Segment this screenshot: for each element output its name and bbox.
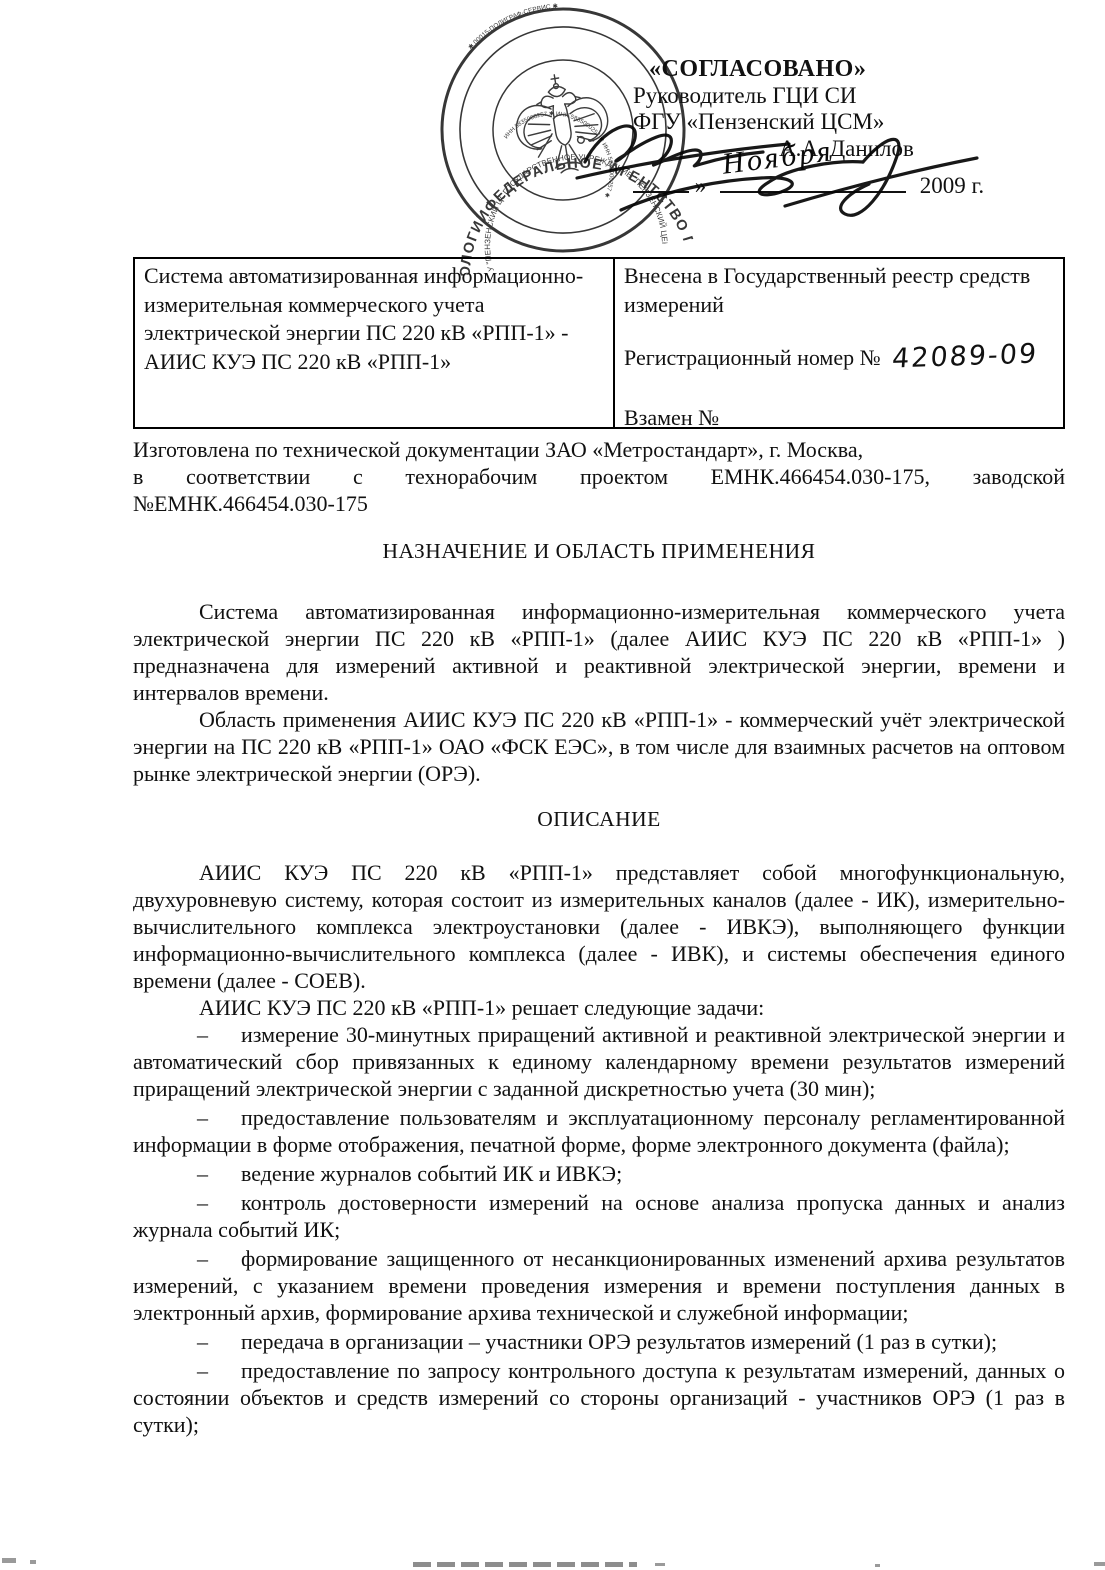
section-heading-purpose: НАЗНАЧЕНИЕ И ОБЛАСТЬ ПРИМЕНЕНИЯ <box>133 538 1065 565</box>
task-text: контроль достоверности измерений на осно… <box>133 1190 1065 1242</box>
replaces-line: Взамен № <box>624 404 1054 433</box>
bullet-dash: – <box>197 1357 241 1384</box>
date-day-blank <box>633 171 689 193</box>
bullet-dash: – <box>197 1189 241 1216</box>
scan-artifact <box>655 1563 665 1566</box>
scan-artifact <box>1094 1562 1105 1566</box>
scan-artifact <box>413 1562 637 1567</box>
registration-number-value: 42089-09 <box>891 340 1039 374</box>
section-heading-description: ОПИСАНИЕ <box>133 806 1065 833</box>
stamp-micro-ring-text: ✱ 00015-ПОЛИГРАФ-СЕРВИС ✱ <box>462 1 564 52</box>
scanned-document-page: ФЕДЕРАЛЬНОЕ АГЕНТСТВО ПО ТЕХНИЧЕСКОМУ РЕ… <box>0 0 1105 1570</box>
task-item: –формирование защищенного от несанкциони… <box>133 1245 1065 1326</box>
bullet-dash: – <box>197 1328 241 1355</box>
registry-cell: Внесена в Государственный реестр средств… <box>615 259 1063 427</box>
task-item: –измерение 30-минутных приращений активн… <box>133 1021 1065 1102</box>
approval-date-line: » Ноября 2009 г. <box>633 171 1063 200</box>
scan-artifact <box>30 1560 36 1564</box>
bullet-dash: – <box>197 1160 241 1187</box>
date-year: 2009 г. <box>920 173 984 198</box>
approval-title: «СОГЛАСОВАНО» <box>633 56 1063 83</box>
purpose-paragraph-1: Система автоматизированная информационно… <box>133 598 1065 706</box>
scan-artifact <box>875 1564 880 1567</box>
bullet-dash: – <box>197 1245 241 1272</box>
approval-block: «СОГЛАСОВАНО» Руководитель ГЦИ СИ ФГУ «П… <box>633 56 1063 200</box>
document-body: Изготовлена по технической документации … <box>133 436 1065 1440</box>
task-item: –предоставление по запросу контрольного … <box>133 1357 1065 1438</box>
description-paragraph-2: АИИС КУЭ ПС 220 кВ «РПП-1» решает следую… <box>133 994 1065 1021</box>
system-name-cell: Система автоматизированная информационно… <box>135 259 615 427</box>
registry-table: Система автоматизированная информационно… <box>133 257 1065 429</box>
registration-number-line: Регистрационный номер № 42089-09 <box>624 343 1054 373</box>
registration-number-label: Регистрационный номер № <box>624 345 881 370</box>
entered-line: Внесена в Государственный реестр средств… <box>624 262 1054 319</box>
purpose-paragraph-2: Область применения АИИС КУЭ ПС 220 кВ «Р… <box>133 706 1065 787</box>
bullet-dash: – <box>197 1104 241 1131</box>
task-text: передача в организации – участники ОРЭ р… <box>241 1329 997 1354</box>
task-text: предоставление по запросу контрольного д… <box>133 1358 1065 1437</box>
description-paragraph-1: АИИС КУЭ ПС 220 кВ «РПП-1» представляет … <box>133 859 1065 994</box>
task-item: –ведение журналов событий ИК и ИВКЭ; <box>133 1160 1065 1187</box>
task-text: предоставление пользователям и эксплуата… <box>133 1105 1065 1157</box>
approval-org: ФГУ «Пензенский ЦСМ» <box>633 109 1063 136</box>
approval-signer: А.А. Данилов <box>633 136 1063 163</box>
approval-role: Руководитель ГЦИ СИ <box>633 83 1063 110</box>
task-text: формирование защищенного от несанкционир… <box>133 1246 1065 1325</box>
date-quote-mark: » <box>695 173 707 198</box>
task-item: –контроль достоверности измерений на осн… <box>133 1189 1065 1243</box>
svg-text:✱ 00015-ПОЛИГРАФ-СЕРВИС ✱: ✱ 00015-ПОЛИГРАФ-СЕРВИС ✱ <box>462 1 564 52</box>
task-item: –предоставление пользователям и эксплуат… <box>133 1104 1065 1158</box>
task-text: измерение 30-минутных приращений активно… <box>133 1022 1065 1101</box>
task-item: –передача в организации – участники ОРЭ … <box>133 1328 1065 1355</box>
manufacture-note-line2: в соответствии с технорабочим проектом Е… <box>133 463 1065 490</box>
manufacture-note-line1: Изготовлена по технической документации … <box>133 436 1065 463</box>
date-month-blank: Ноября <box>720 171 906 193</box>
scan-artifact <box>2 1558 16 1563</box>
task-text: ведение журналов событий ИК и ИВКЭ; <box>241 1161 622 1186</box>
manufacture-note-line3: №ЕМНК.466454.030-175 <box>133 490 1065 517</box>
bullet-dash: – <box>197 1021 241 1048</box>
